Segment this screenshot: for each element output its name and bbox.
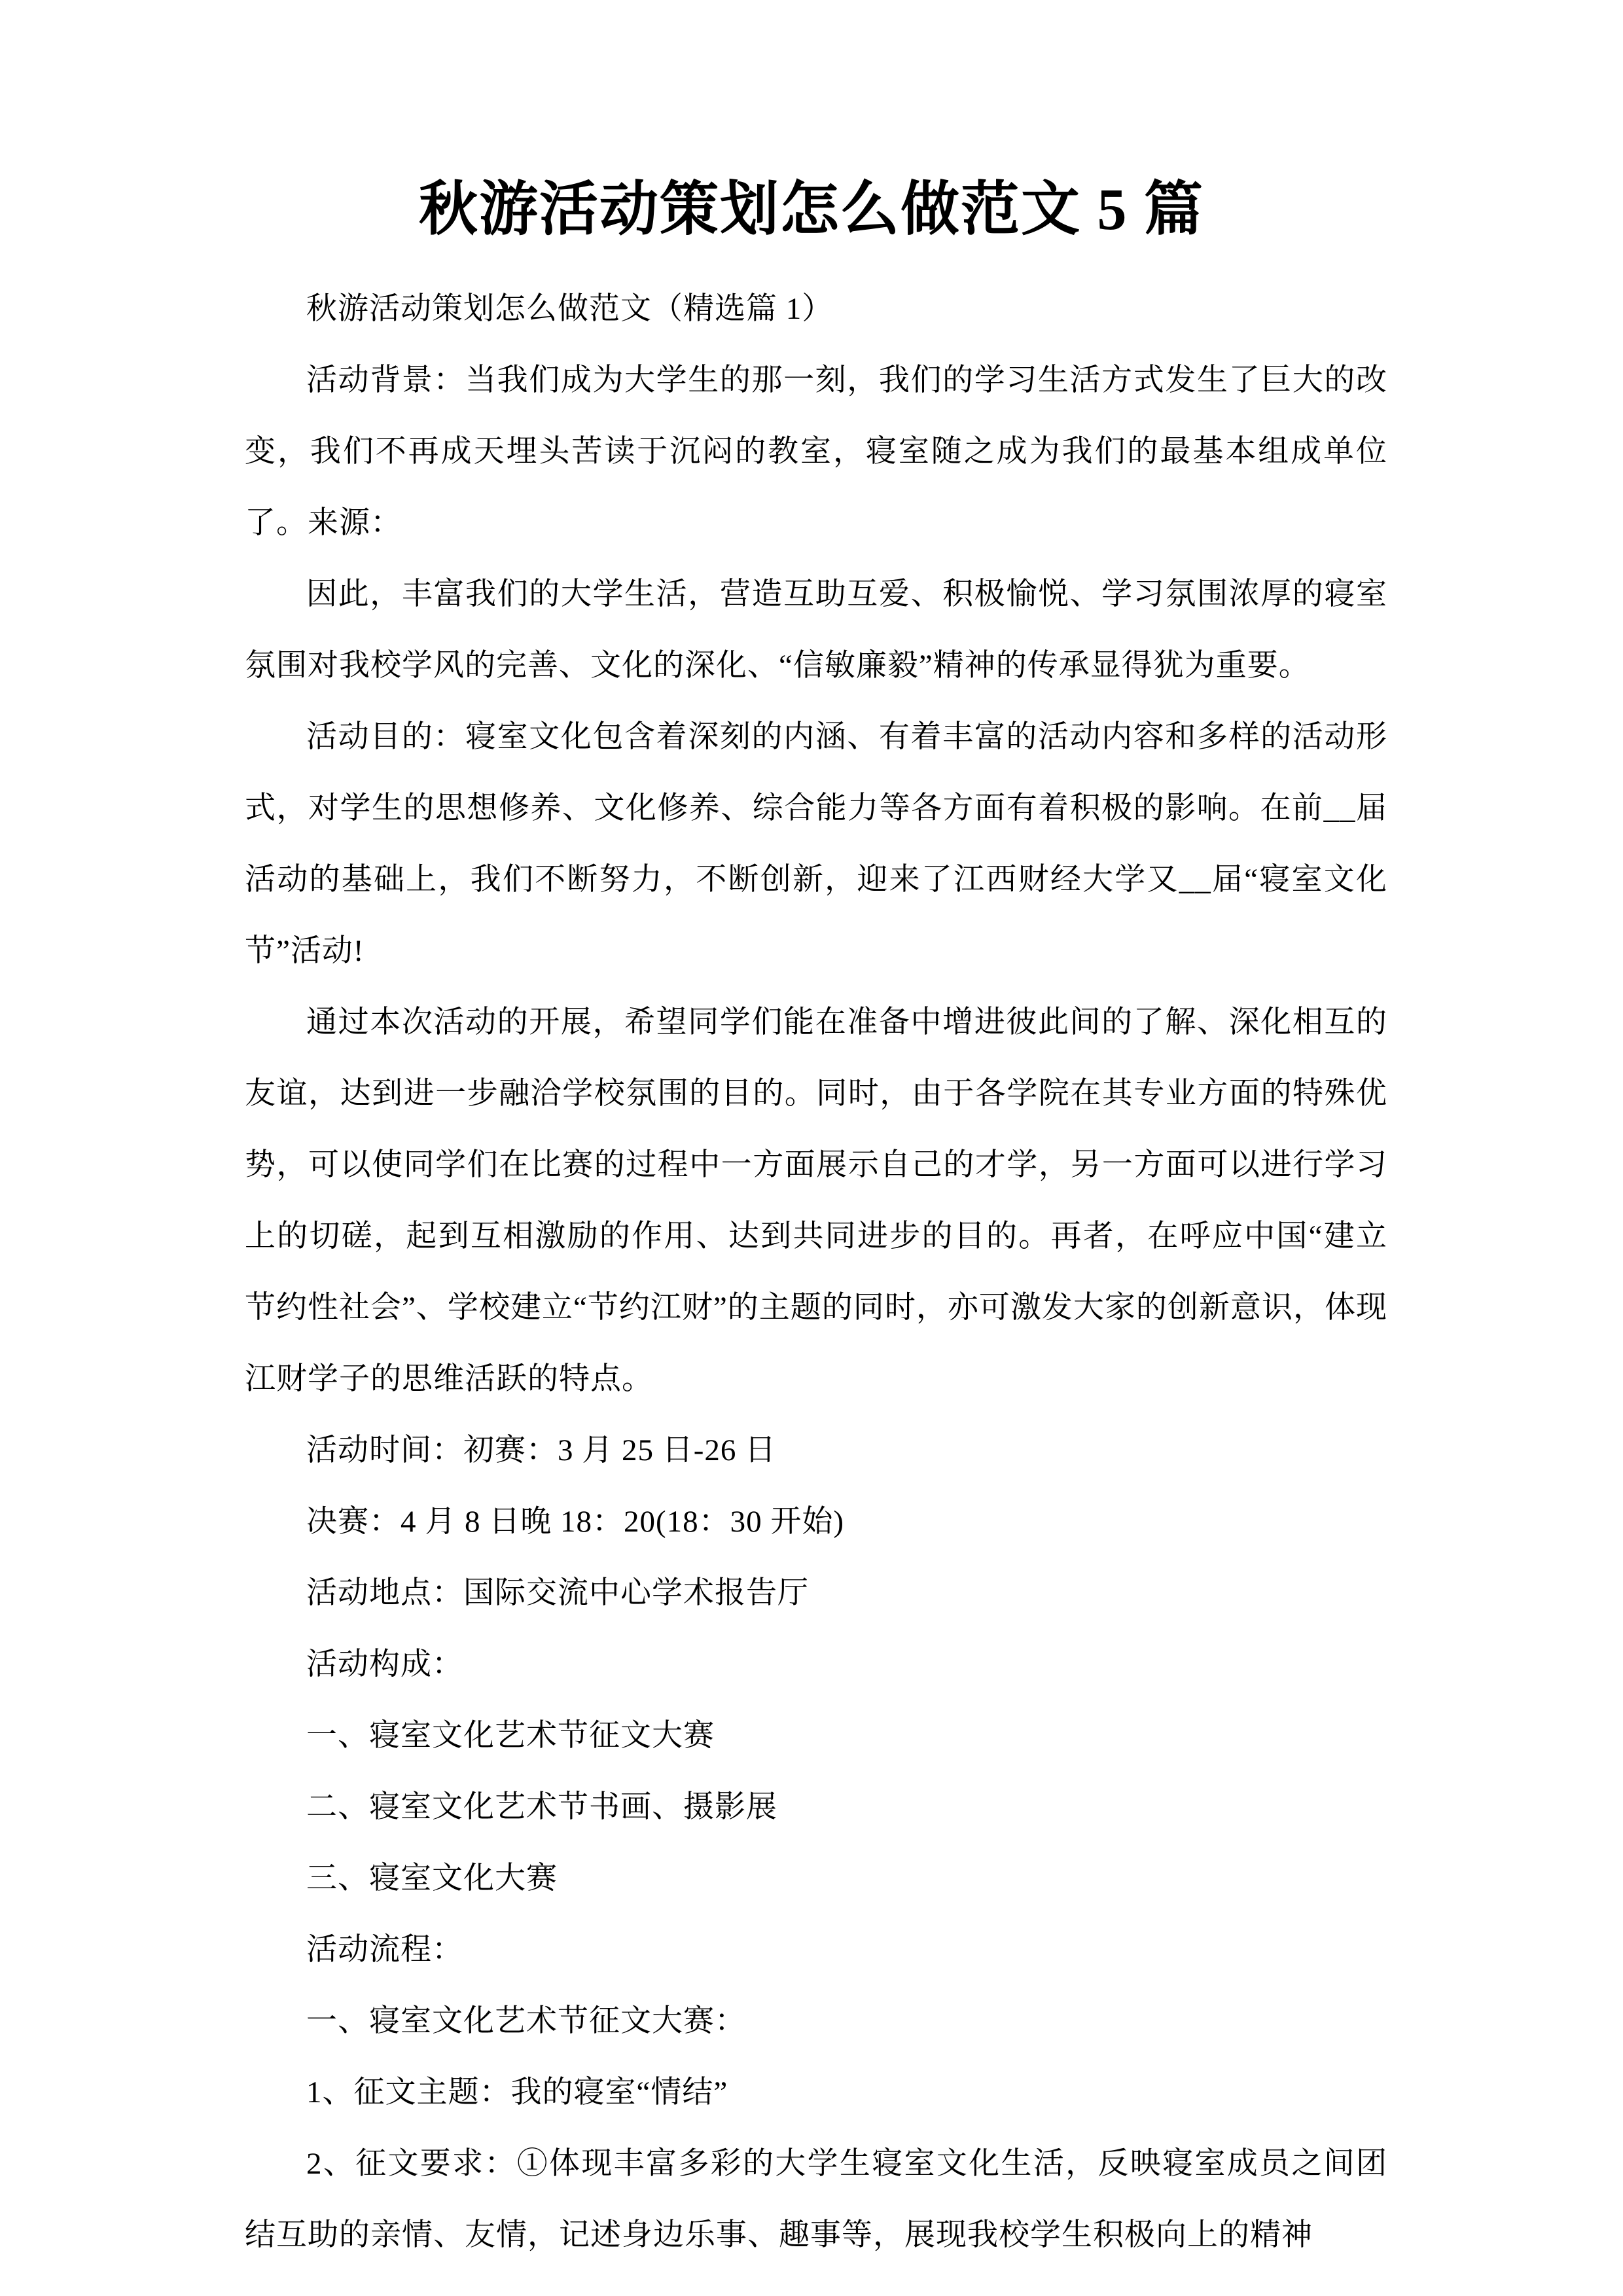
paragraph: 通过本次活动的开展，希望同学们能在准备中增进彼此间的了解、深化相互的友谊，达到进…: [245, 987, 1387, 1415]
paragraph: 秋游活动策划怎么做范文（精选篇 1）: [245, 274, 1387, 345]
paragraph: 因此，丰富我们的大学生活，营造互助互爱、积极愉悦、学习氛围浓厚的寝室氛围对我校学…: [245, 559, 1387, 702]
document-title: 秋游活动策划怎么做范文 5 篇: [0, 0, 1623, 247]
paragraph: 二、寝室文化艺术节书画、摄影展: [245, 1772, 1387, 1843]
paragraph: 活动流程：: [245, 1914, 1387, 1986]
document-page: 秋游活动策划怎么做范文 5 篇 秋游活动策划怎么做范文（精选篇 1）活动背景：当…: [0, 0, 1623, 2296]
paragraph: 活动目的：寝室文化包含着深刻的内涵、有着丰富的活动内容和多样的活动形式，对学生的…: [245, 702, 1387, 987]
paragraph: 活动时间：初赛：3 月 25 日-26 日: [245, 1415, 1387, 1486]
paragraph: 一、寝室文化艺术节征文大赛: [245, 1700, 1387, 1772]
paragraph: 活动构成：: [245, 1629, 1387, 1700]
paragraph: 1、征文主题：我的寝室“情结”: [245, 2057, 1387, 2128]
paragraph: 三、寝室文化大赛: [245, 1843, 1387, 1914]
paragraph: 2、征文要求：①体现丰富多彩的大学生寝室文化生活，反映寝室成员之间团结互助的亲情…: [245, 2128, 1387, 2271]
document-body: 秋游活动策划怎么做范文（精选篇 1）活动背景：当我们成为大学生的那一刻，我们的学…: [245, 274, 1387, 2271]
paragraph: 决赛：4 月 8 日晚 18：20(18：30 开始): [245, 1486, 1387, 1558]
paragraph: 活动背景：当我们成为大学生的那一刻，我们的学习生活方式发生了巨大的改变，我们不再…: [245, 345, 1387, 559]
paragraph: 一、寝室文化艺术节征文大赛：: [245, 1986, 1387, 2057]
paragraph: 活动地点：国际交流中心学术报告厅: [245, 1558, 1387, 1629]
